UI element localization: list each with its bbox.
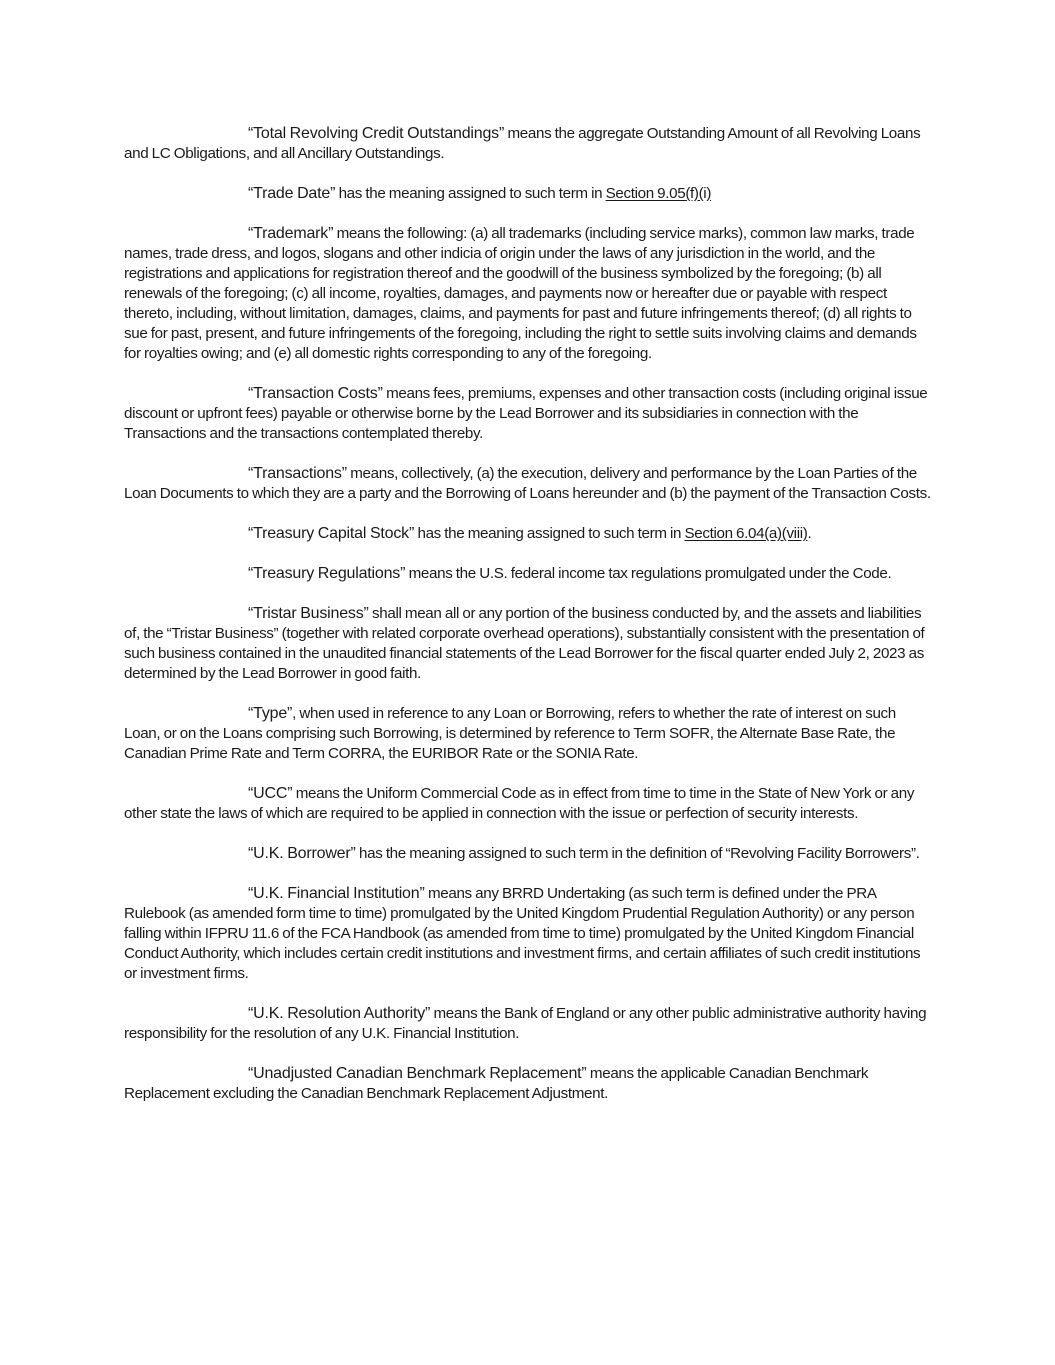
definition-text: has the meaning assigned to such term in xyxy=(414,525,684,542)
definition-total-revolving-credit-outstandings: “Total Revolving Credit Outstandings” me… xyxy=(124,124,932,164)
definition-text: means fees, premiums, expenses and other… xyxy=(124,385,927,442)
definition-tristar-business: “Tristar Business” shall mean all or any… xyxy=(124,604,932,684)
document-page: “Total Revolving Credit Outstandings” me… xyxy=(124,124,932,1124)
definition-text: shall mean all or any portion of the bus… xyxy=(124,605,924,682)
defined-term: “U.K. Resolution Authority” xyxy=(248,1005,430,1022)
definition-text-end: . xyxy=(807,525,811,542)
defined-term: “Tristar Business” xyxy=(248,605,369,622)
definition-treasury-regulations: “Treasury Regulations” means the U.S. fe… xyxy=(124,564,932,584)
definition-text: means the Uniform Commercial Code as in … xyxy=(124,785,914,822)
definition-text: means the U.S. federal income tax regula… xyxy=(405,565,891,582)
definition-type: “Type”, when used in reference to any Lo… xyxy=(124,704,932,764)
defined-term: “U.K. Financial Institution” xyxy=(248,885,425,902)
defined-term: “Treasury Regulations” xyxy=(248,565,405,582)
section-cross-reference-link[interactable]: Section 9.05(f)(i) xyxy=(606,185,711,202)
definition-trademark: “Trademark” means the following: (a) all… xyxy=(124,224,932,364)
definition-text: means, collectively, (a) the execution, … xyxy=(124,465,931,502)
definition-text: has the meaning assigned to such term in… xyxy=(356,845,920,862)
defined-term: “Total Revolving Credit Outstandings” xyxy=(248,125,504,142)
defined-term: “Type” xyxy=(248,705,292,722)
defined-term: “Unadjusted Canadian Benchmark Replaceme… xyxy=(248,1065,587,1082)
definition-uk-financial-institution: “U.K. Financial Institution” means any B… xyxy=(124,884,932,984)
definition-text: means the Bank of England or any other p… xyxy=(124,1005,926,1042)
definition-uk-resolution-authority: “U.K. Resolution Authority” means the Ba… xyxy=(124,1004,932,1044)
definition-unadjusted-canadian-benchmark-replacement: “Unadjusted Canadian Benchmark Replaceme… xyxy=(124,1064,932,1104)
definition-text: means any BRRD Undertaking (as such term… xyxy=(124,885,920,982)
definition-text: means the aggregate Outstanding Amount o… xyxy=(124,125,920,162)
definition-text: has the meaning assigned to such term in xyxy=(335,185,605,202)
definition-uk-borrower: “U.K. Borrower” has the meaning assigned… xyxy=(124,844,932,864)
definition-transactions: “Transactions” means, collectively, (a) … xyxy=(124,464,932,504)
definition-transaction-costs: “Transaction Costs” means fees, premiums… xyxy=(124,384,932,444)
section-cross-reference-link[interactable]: Section 6.04(a)(viii) xyxy=(684,525,807,542)
definition-text: means the following: (a) all trademarks … xyxy=(124,225,917,362)
definition-treasury-capital-stock: “Treasury Capital Stock” has the meaning… xyxy=(124,524,932,544)
definition-ucc: “UCC” means the Uniform Commercial Code … xyxy=(124,784,932,824)
definition-text: , when used in reference to any Loan or … xyxy=(124,705,896,762)
defined-term: “Transaction Costs” xyxy=(248,385,383,402)
defined-term: “Treasury Capital Stock” xyxy=(248,525,414,542)
defined-term: “Trademark” xyxy=(248,225,333,242)
definition-trade-date: “Trade Date” has the meaning assigned to… xyxy=(124,184,932,204)
defined-term: “U.K. Borrower” xyxy=(248,845,356,862)
defined-term: “UCC” xyxy=(248,785,292,802)
defined-term: “Transactions” xyxy=(248,465,347,482)
defined-term: “Trade Date” xyxy=(248,185,335,202)
